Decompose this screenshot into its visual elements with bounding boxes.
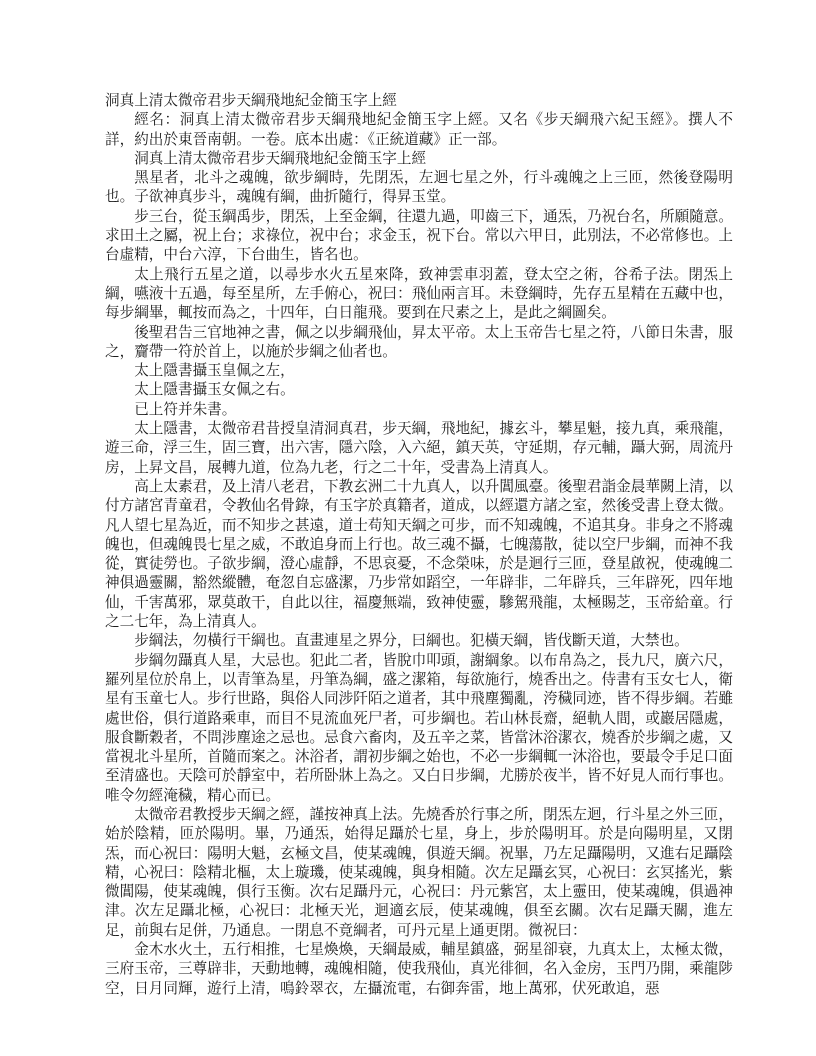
document-body: 洞真上清太微帝君步天綱飛地紀金簡玉字上經 經名：洞真上清太微帝君步天綱飛地紀金簡…	[105, 92, 733, 999]
paragraph: 已上符并朱書。	[105, 401, 733, 420]
paragraph: 金木水火土，五行相推，七星煥煥，天綱最威，輔星鎮盛，弼星卻衰，九真太上，太極太微…	[105, 941, 733, 999]
paragraph: 步三台，從玉綱禹步，閉炁，上至金綱，往還九過，叩齒三下，通炁，乃祝台名，所願隨意…	[105, 208, 733, 266]
paragraph: 步綱法，勿橫行干綱也。直畫連星之界分，曰綱也。犯橫天綱，皆伐斷天道，大禁也。	[105, 632, 733, 651]
paragraph-inner-title: 洞真上清太微帝君步天綱飛地紀金簡玉字上經	[105, 150, 733, 169]
paragraph: 太上隱書攝玉皇佩之左，	[105, 362, 733, 381]
paragraph-colophon: 經名：洞真上清太微帝君步天綱飛地紀金簡玉字上經。又名《步天綱飛六紀玉經》。撰人不…	[105, 111, 733, 150]
paragraph: 太上隱書攝玉女佩之右。	[105, 381, 733, 400]
paragraph: 太上隱書，太微帝君昔授皇清洞真君，步天綱，飛地紀，據玄斗，攀星魁，接九真，乘飛龍…	[105, 420, 733, 478]
paragraph: 太上飛行五星之道，以尋步水火五星來降，致神雲車羽蓋，登太空之術，谷希子法。閉炁上…	[105, 266, 733, 324]
paragraph: 太微帝君教授步天綱之經，謹按神真上法。先燒香於行事之所，閉炁左迴，行斗星之外三匝…	[105, 806, 733, 941]
paragraph: 黑星者，北斗之魂魄，欲步綱時，先閉炁，左迴七星之外，行斗魂魄之上三匝，然後登陽明…	[105, 169, 733, 208]
document-page: 洞真上清太微帝君步天綱飛地紀金簡玉字上經 經名：洞真上清太微帝君步天綱飛地紀金簡…	[0, 0, 816, 1056]
paragraph: 後聖君告三官地神之書，佩之以步綱飛仙，昇太平帝。太上玉帝告七星之符，八節日朱書，…	[105, 324, 733, 363]
document-title: 洞真上清太微帝君步天綱飛地紀金簡玉字上經	[105, 92, 733, 111]
paragraph: 高上太素君，及上清八老君，下教玄洲二十九真人，以升閶風臺。後聖君詣金晨華闕上清，…	[105, 478, 733, 632]
paragraph: 步綱勿躡真人星，大忌也。犯此二者，皆脫巾叩頭，謝綱象。以布帛為之，長九尺，廣六尺…	[105, 652, 733, 806]
